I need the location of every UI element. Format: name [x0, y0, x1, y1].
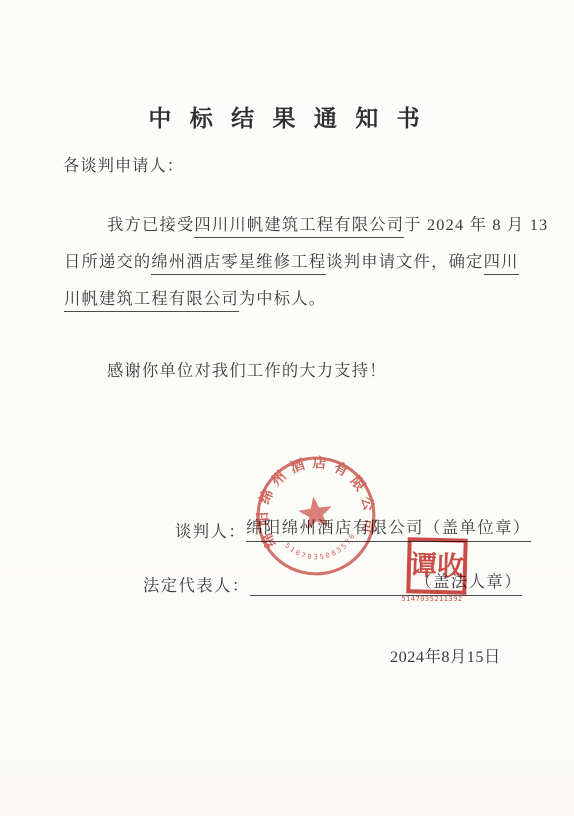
legal-rep-signature-row: 法定代表人： （盖法人章） [143, 568, 522, 596]
text-segment: 于 2024 年 8 月 13 [404, 215, 548, 234]
salutation: 各谈判申请人： [63, 152, 184, 176]
negotiator-value: 绵阳绵州酒店有限公司（盖单位章） [246, 514, 531, 542]
document-date: 2024年8月15日 [390, 643, 520, 667]
negotiator-label: 谈判人： [175, 518, 246, 542]
negotiator-signature-row: 谈判人： 绵阳绵州酒店有限公司（盖单位章） [175, 514, 522, 542]
text-segment: 我方已接受 [107, 215, 194, 234]
underlined-text-segment: 绵州酒店零星维修工程 [151, 252, 326, 275]
body-line-2: 日所递交的绵州酒店零星维修工程谈判申请文件，确定四川 [64, 248, 510, 272]
text-segment: 谈判申请文件，确定 [326, 252, 483, 271]
underlined-text-segment: 四川川帆建筑工程有限公司 [194, 215, 404, 238]
text-segment: 为中标人。 [239, 289, 326, 308]
legal-rep-blank-line: （盖法人章） [250, 568, 522, 596]
body-line-1: 我方已接受四川川帆建筑工程有限公司于 2024 年 8 月 13 [64, 211, 553, 235]
legal-rep-suffix: （盖法人章） [415, 568, 522, 592]
text-segment: 日所递交的 [64, 252, 151, 271]
legal-rep-label: 法定代表人： [143, 572, 250, 596]
document-page: 中 标 结 果 通 知 书 各谈判申请人： 我方已接受四川川帆建筑工程有限公司于… [0, 0, 574, 816]
underlined-text-segment: 四川 [484, 252, 519, 275]
personal-seal-number: 5147035211392 [396, 595, 468, 603]
underlined-text-segment: 川帆建筑工程有限公司 [64, 289, 239, 312]
document-title: 中 标 结 果 通 知 书 [0, 100, 574, 133]
body-line-3: 川帆建筑工程有限公司为中标人。 [64, 285, 510, 309]
thanks-line: 感谢你单位对我们工作的大力支持！ [64, 357, 387, 381]
